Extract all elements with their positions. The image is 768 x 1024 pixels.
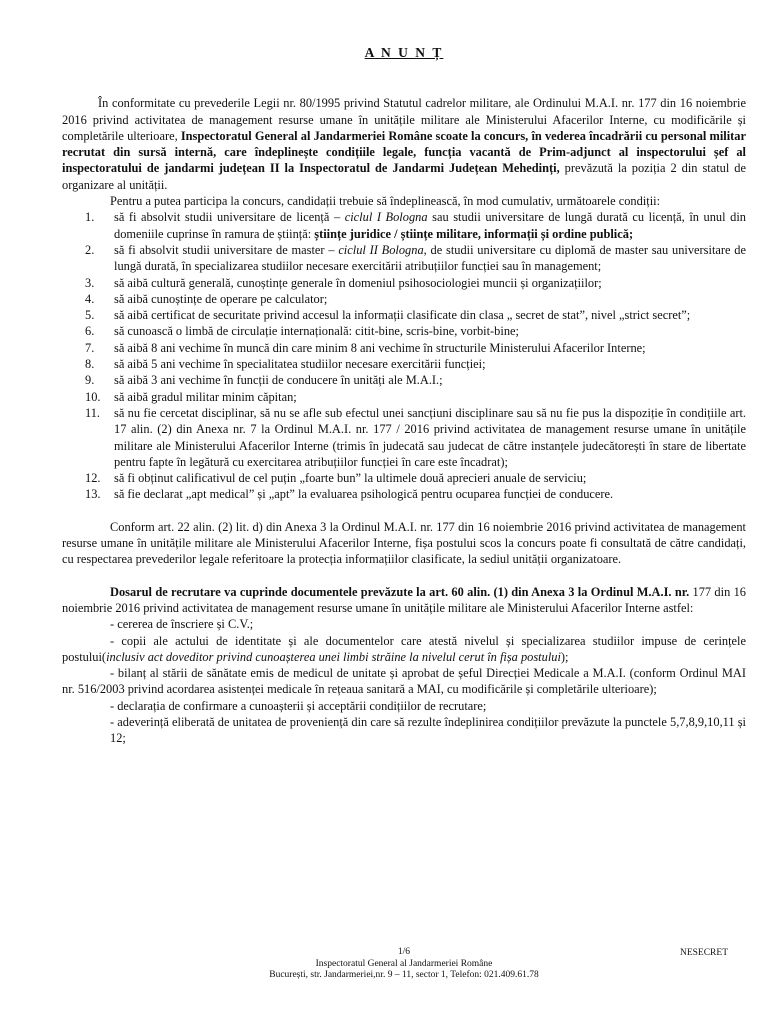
condition-text: să fi obținut calificativul de cel puțin… [114,471,586,485]
condition-item-12: 12.să fi obținut calificativul de cel pu… [62,470,746,486]
condition-item-1: 1.să fi absolvit studii universitare de … [62,209,746,242]
conditions-list: 1.să fi absolvit studii universitare de … [62,209,746,502]
condition-item-9: 9.să aibă 3 ani vechime în funcții de co… [62,372,746,388]
condition-item-8: 8.să aibă 5 ani vechime în specialitatea… [62,356,746,372]
condition-number: 11. [85,405,100,421]
condition-text: să cunoască o limbă de circulație intern… [114,324,519,338]
condition-bold: științe juridice / științe militare, inf… [314,227,633,241]
document-italic: inclusiv act doveditor privind cunoașter… [106,650,561,664]
condition-number: 6. [85,323,94,339]
document-item-4: - declarația de confirmare a cunoașterii… [62,698,746,714]
document-item-1: - cererea de înscriere și C.V.; [62,616,746,632]
document-text: ); [561,650,569,664]
condition-number: 3. [85,275,94,291]
condition-text: să nu fie cercetat disciplinar, să nu se… [114,406,746,469]
footer-org-address: București, str. Jandarmeriei,nr. 9 – 11,… [62,970,746,982]
conform-paragraph: Conform art. 22 alin. (2) lit. d) din An… [62,519,746,568]
intro-paragraph: În conformitate cu prevederile Legii nr.… [62,95,746,193]
condition-item-10: 10.să aibă gradul militar minim căpitan; [62,389,746,405]
footer-org-name: Inspectoratul General al Jandarmeriei Ro… [62,959,746,971]
document-item-2: - copii ale actului de identitate și ale… [62,633,746,666]
dosar-paragraph: Dosarul de recrutare va cuprinde documen… [62,584,746,617]
condition-number: 9. [85,372,94,388]
condition-item-5: 5.să aibă certificat de securitate privi… [62,307,746,323]
condition-text: să aibă certificat de securitate privind… [114,308,690,322]
condition-item-7: 7.să aibă 8 ani vechime în muncă din car… [62,340,746,356]
dosar-bold: Dosarul de recrutare va cuprinde documen… [110,585,693,599]
condition-text: să aibă 3 ani vechime în funcții de cond… [114,373,443,387]
condition-number: 2. [85,242,94,258]
condition-number: 8. [85,356,94,372]
classification-label: NESECRET [680,948,728,960]
condition-number: 4. [85,291,94,307]
condition-text: să aibă gradul militar minim căpitan; [114,390,297,404]
condition-item-3: 3.să aibă cultură generală, cunoștințe g… [62,275,746,291]
document-item-5: - adeverință eliberată de unitatea de pr… [110,714,746,747]
condition-number: 5. [85,307,94,323]
condition-number: 10. [85,389,101,405]
condition-item-6: 6.să cunoască o limbă de circulație inte… [62,323,746,339]
condition-number: 1. [85,209,94,225]
condition-text: să aibă 8 ani vechime în muncă din care … [114,341,646,355]
condition-text: să aibă cunoștințe de operare pe calcula… [114,292,327,306]
page-title-text: A N U N Ț [365,45,444,60]
condition-text: să fie declarat „apt medical” și „apt” l… [114,487,613,501]
condition-italic: ciclul I Bologna [345,210,428,224]
participation-paragraph: Pentru a putea participa la concurs, can… [62,193,746,209]
page-footer: 1/6 Inspectoratul General al Jandarmerie… [62,947,746,982]
condition-item-13: 13.să fie declarat „apt medical” și „apt… [62,486,746,502]
condition-item-4: 4.să aibă cunoștințe de operare pe calcu… [62,291,746,307]
document-item-3: - bilanț al stării de sănătate emis de m… [62,665,746,698]
condition-number: 13. [85,486,101,502]
condition-text: să aibă cultură generală, cunoștințe gen… [114,276,602,290]
condition-number: 7. [85,340,94,356]
condition-text: să fi absolvit studii universitare de li… [114,210,345,224]
page-title: A N U N Ț [62,45,746,61]
document-page: A N U N Ț În conformitate cu prevederile… [62,0,746,747]
documents-list: - cererea de înscriere și C.V.; - copii … [62,616,746,746]
page-number: 1/6 [62,947,746,959]
condition-italic: ciclul II Bologna [338,243,423,257]
condition-item-11: 11.să nu fie cercetat disciplinar, să nu… [62,405,746,470]
condition-number: 12. [85,470,101,486]
condition-text: să fi absolvit studii universitare de ma… [114,243,338,257]
condition-item-2: 2.să fi absolvit studii universitare de … [62,242,746,275]
condition-text: să aibă 5 ani vechime în specialitatea s… [114,357,486,371]
